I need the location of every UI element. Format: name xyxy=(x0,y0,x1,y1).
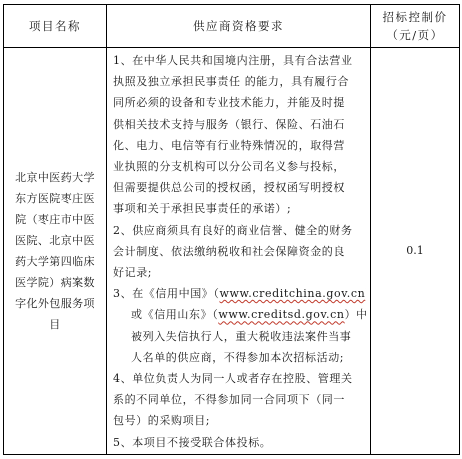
header-control-price-label: 招标控制价 xyxy=(371,8,459,26)
requirement-line: 人名单的供应商，不得参加本次招标活动; xyxy=(113,347,366,368)
requirements-cell: 1、在中华人民共和国境内注册，具有合法营业 执照及独立承担民事责任 的能力，具有… xyxy=(107,48,371,455)
creditchina-url: www.creditchina.gov.cn xyxy=(220,287,366,300)
header-project-name: 项目名称 xyxy=(4,5,107,48)
requirement-line: 业执照的分支机构可以分公司名义参与投标， xyxy=(113,156,366,177)
creditsd-url: www.creditsd.gov.cn xyxy=(218,308,344,321)
requirement-line: 4、单位负责人为同一人或者存在控股、管理关 xyxy=(113,368,366,389)
requirement-line-item3: 或《信用山东》（www.creditsd.gov.cn）中 xyxy=(113,304,366,325)
item3-prefix: 3、在《信用中国》（ xyxy=(113,287,220,300)
requirement-line: 系的不同单位，不得参加同一合同项下（同一 xyxy=(113,389,366,410)
requirement-line: 好记录; xyxy=(113,262,366,283)
requirement-line: 供相关技术支持与服务（银行、保险、石油石 xyxy=(113,114,366,135)
requirement-line-item3: 3、在《信用中国》（www.creditchina.gov.cn） xyxy=(113,283,366,304)
header-control-price: 招标控制价 （元/页） xyxy=(371,5,460,48)
requirement-line: 1、在中华人民共和国境内注册，具有合法营业 xyxy=(113,50,366,71)
table-row: 北京中医药大学东方医院枣庄医院（枣庄市中医医院、北京中医药大学第四临床医学院）病… xyxy=(4,48,460,455)
header-control-price-unit: （元/页） xyxy=(371,26,459,44)
project-name-cell: 北京中医药大学东方医院枣庄医院（枣庄市中医医院、北京中医药大学第四临床医学院）病… xyxy=(4,48,107,455)
requirement-line: 2、供应商须具有良好的商业信誉、健全的财务 xyxy=(113,220,366,241)
requirement-line: 化、电力、电信等有行业特殊情况的，取得营 xyxy=(113,135,366,156)
supplier-requirements-table: 项目名称 供应商资格要求 招标控制价 （元/页） 北京中医药大学东方医院枣庄医院… xyxy=(3,4,460,455)
requirement-line: 5、本项目不接受联合体投标。 xyxy=(113,432,366,453)
table-header-row: 项目名称 供应商资格要求 招标控制价 （元/页） xyxy=(4,5,460,48)
requirement-line: 包号）的采购项目; xyxy=(113,410,366,431)
header-requirements: 供应商资格要求 xyxy=(107,5,371,48)
requirement-line: 同所必须的设备和专业技术能力，并能及时提 xyxy=(113,92,366,113)
control-price-cell: 0.1 xyxy=(371,48,460,455)
requirement-line: 被列入失信执行人，重大税收违法案件当事 xyxy=(113,326,366,347)
requirement-line: 会计制度、依法缴纳税收和社会保障资金的良 xyxy=(113,241,366,262)
item3-suffix: ）中 xyxy=(345,308,366,321)
item3-prefix: 或《信用山东》（ xyxy=(131,308,218,321)
requirement-line: 事项和关于承担民事责任的承诺）; xyxy=(113,198,366,219)
requirement-line: 但需要提供总公司的授权函，授权函写明授权 xyxy=(113,177,366,198)
requirement-line: 执照及独立承担民事责任 的能力，具有履行合 xyxy=(113,71,366,92)
item3-suffix: ） xyxy=(365,287,366,300)
